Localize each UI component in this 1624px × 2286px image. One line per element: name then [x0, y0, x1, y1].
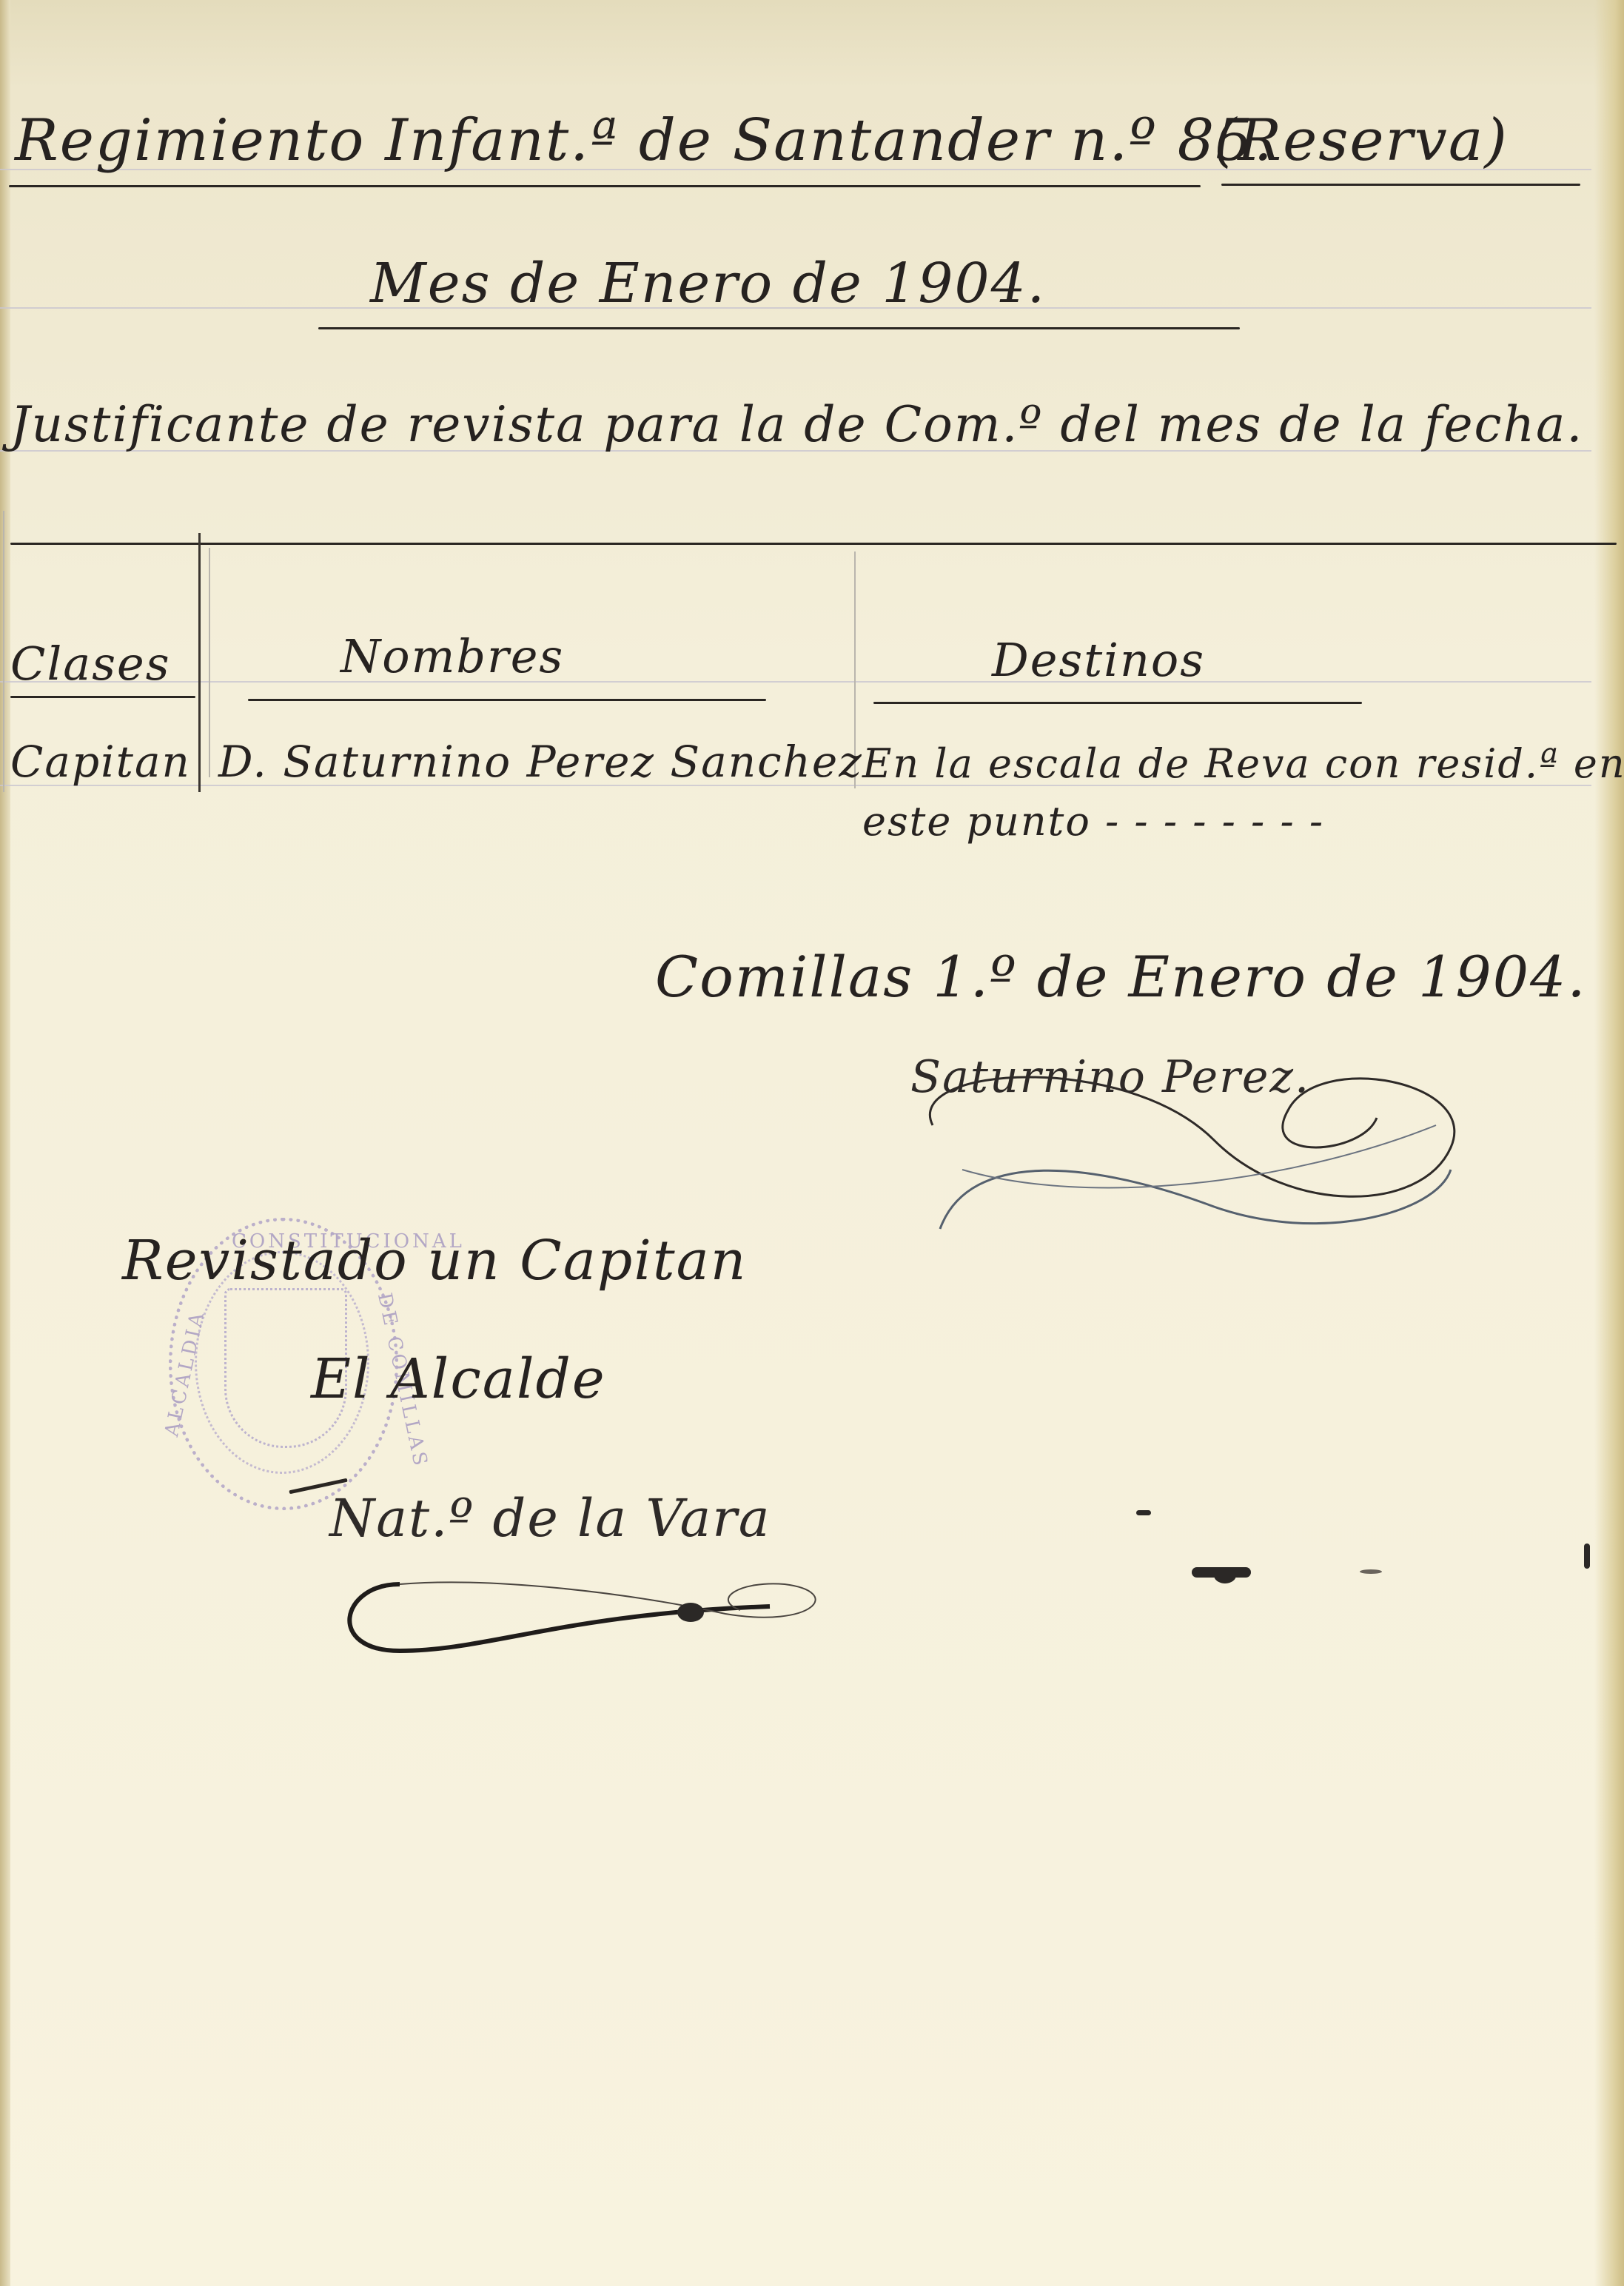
- column-divider: [198, 533, 201, 792]
- ink-speck: [1584, 1543, 1590, 1569]
- cell-destino-line1: En la escala de Reva con resid.ª en: [862, 740, 1624, 787]
- header-underline-destinos: [873, 702, 1362, 704]
- page-edge-left: [0, 0, 10, 2286]
- month-line: Mes de Enero de 1904.: [370, 252, 1046, 315]
- ink-speck: [1360, 1569, 1382, 1574]
- mayor-title: El Alcalde: [311, 1347, 606, 1411]
- ink-blot: [1214, 1567, 1236, 1583]
- month-underline: [318, 327, 1240, 329]
- table-top-border: [10, 543, 1617, 545]
- column-header-destinos: Destinos: [992, 633, 1205, 687]
- cell-destino-line2: este punto - - - - - - - -: [862, 798, 1324, 845]
- regiment-title: Regimiento Infant.ª de Santander n.º 85.: [15, 107, 1274, 174]
- mayor-flourish-icon: [340, 1569, 859, 1673]
- header-underline-nombres: [248, 699, 766, 701]
- column-header-nombres: Nombres: [340, 629, 564, 683]
- place-date-line: Comillas 1.º de Enero de 1904.: [655, 944, 1587, 1010]
- title-underline: [9, 185, 1201, 187]
- ruling-line: [0, 681, 1591, 683]
- table-border-left: [3, 511, 4, 792]
- page-edge-right: [1594, 0, 1624, 2286]
- column-header-clases: Clases: [10, 637, 171, 691]
- header-underline-clases: [10, 696, 195, 698]
- purpose-line: Justificante de revista para la de Com.º…: [10, 396, 1583, 453]
- column-divider-faint: [209, 548, 210, 777]
- cell-nombre: D. Saturnino Perez Sanchez: [218, 737, 863, 787]
- signature-flourish-icon: [903, 1036, 1466, 1258]
- ink-blot: [677, 1603, 704, 1622]
- reserve-label: (Reserva): [1214, 107, 1509, 174]
- mayor-signature: Nat.º de la Vara: [329, 1488, 771, 1549]
- review-line: Revistado un Capitan: [122, 1229, 747, 1293]
- ink-speck: [1136, 1510, 1151, 1515]
- cell-clase: Capitan: [10, 737, 191, 787]
- reserve-underline: [1221, 184, 1580, 186]
- document-page: Regimiento Infant.ª de Santander n.º 85.…: [0, 0, 1624, 2286]
